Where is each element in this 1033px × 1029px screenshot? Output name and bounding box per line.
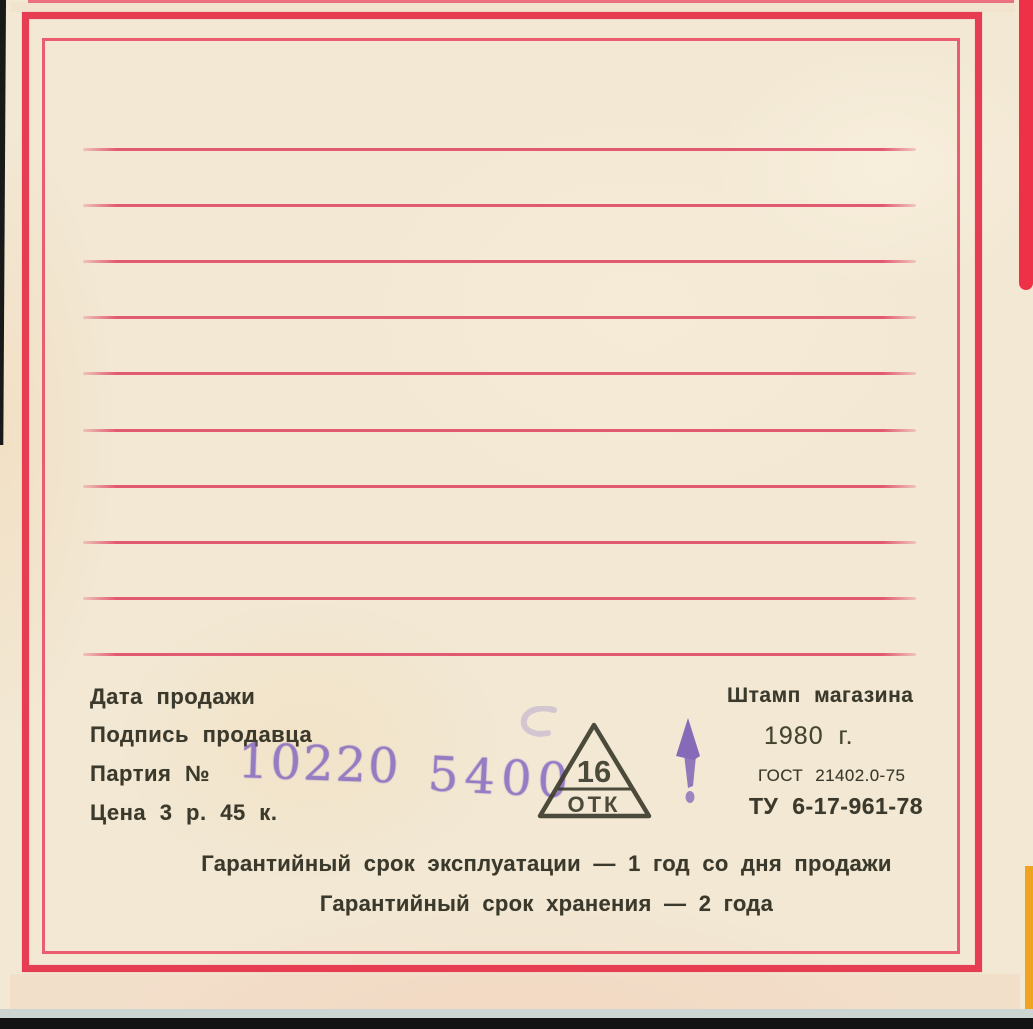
warranty-operation-text: Гарантийный срок эксплуатации — 1 год со… — [110, 851, 983, 877]
batch-number-label: Партия № — [90, 761, 210, 787]
store-stamp-label: Штамп магазина — [727, 684, 913, 708]
ruled-line — [83, 597, 916, 600]
ruled-line — [83, 485, 916, 488]
paper-tint-bottom — [10, 974, 1020, 1010]
otk-stamp: 16 ОТК — [536, 720, 654, 822]
ruled-line — [83, 316, 916, 319]
frame-top-partial-line — [28, 0, 1014, 3]
scan-edge-red-strip — [1019, 0, 1033, 290]
gost-label: ГОСТ 21402.0-75 — [758, 766, 905, 786]
tu-label: ТУ 6-17-961-78 — [749, 793, 923, 820]
paper-tint-top — [10, 2, 1015, 12]
ruled-line — [83, 204, 916, 207]
scan-edge-shadow — [0, 0, 6, 445]
purple-ink-mark — [664, 714, 712, 810]
otk-stamp-number: 16 — [577, 754, 611, 789]
scan-edge-orange-strip — [1025, 866, 1033, 1018]
ruled-line — [83, 260, 916, 263]
ruled-line — [83, 429, 916, 432]
batch-number-stamp: 10220 — [237, 733, 402, 795]
ruled-line — [83, 541, 916, 544]
ruled-line — [83, 653, 916, 656]
price-label: Цена 3 р. 45 к. — [90, 800, 277, 826]
ruled-line — [83, 372, 916, 375]
date-of-sale-label: Дата продажи — [90, 684, 255, 710]
ruled-line — [83, 148, 916, 151]
otk-stamp-label: ОТК — [568, 792, 621, 817]
warranty-card-back: Дата продажи Подпись продавца Партия № Ц… — [0, 0, 1033, 1029]
scan-edge-dark-strip — [0, 1018, 1033, 1029]
warranty-storage-text: Гарантийный срок хранения — 2 года — [110, 891, 983, 917]
year-label: 1980 г. — [764, 722, 854, 751]
